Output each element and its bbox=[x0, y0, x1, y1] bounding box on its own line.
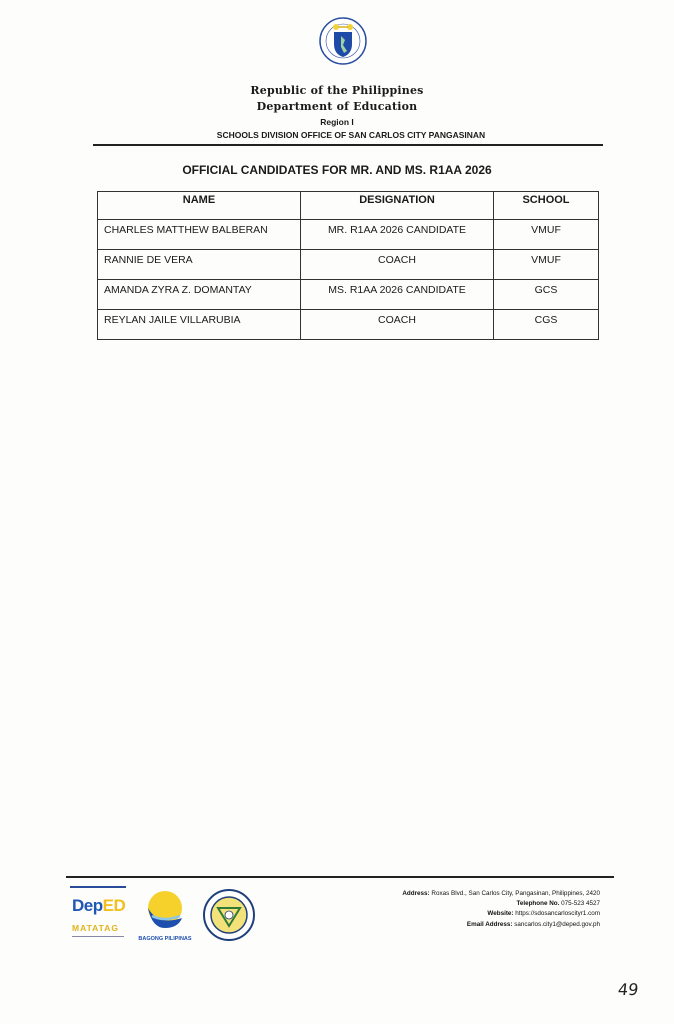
cell-school: VMUF bbox=[494, 220, 599, 250]
sdo-san-carlos-seal-icon bbox=[202, 888, 256, 942]
document-title: OFFICIAL CANDIDATES FOR MR. AND MS. R1AA… bbox=[0, 163, 674, 177]
bagong-pilipinas-logo-icon: BAGONG PILIPINAS bbox=[138, 886, 192, 944]
cell-school: VMUF bbox=[494, 250, 599, 280]
header-department: Department of Education bbox=[0, 100, 674, 113]
deped-matatag-logo: DepED MATATAG bbox=[68, 886, 128, 944]
cell-designation: COACH bbox=[301, 310, 494, 340]
table-row: CHARLES MATTHEW BALBERAN MR. R1AA 2026 C… bbox=[98, 220, 599, 250]
column-header-designation: DESIGNATION bbox=[301, 192, 494, 220]
column-header-school: SCHOOL bbox=[494, 192, 599, 220]
deped-logo-text-b: ED bbox=[103, 896, 126, 915]
address-line: Address: Roxas Blvd., San Carlos City, P… bbox=[402, 889, 600, 899]
table-header-row: NAME DESIGNATION SCHOOL bbox=[98, 192, 599, 220]
column-header-name: NAME bbox=[98, 192, 301, 220]
candidates-table: NAME DESIGNATION SCHOOL CHARLES MATTHEW … bbox=[97, 191, 599, 340]
email-line: Email Address: sancarlos.city1@deped.gov… bbox=[402, 920, 600, 930]
cell-designation: MS. R1AA 2026 CANDIDATE bbox=[301, 280, 494, 310]
deped-logo-text-a: Dep bbox=[72, 896, 103, 915]
svg-text:BAGONG PILIPINAS: BAGONG PILIPINAS bbox=[138, 936, 192, 942]
cell-name: RANNIE DE VERA bbox=[98, 250, 301, 280]
table-row: RANNIE DE VERA COACH VMUF bbox=[98, 250, 599, 280]
footer-divider bbox=[66, 876, 614, 878]
header-region: Region I bbox=[0, 117, 674, 127]
cell-school: CGS bbox=[494, 310, 599, 340]
footer-contact: Address: Roxas Blvd., San Carlos City, P… bbox=[402, 889, 600, 930]
cell-designation: COACH bbox=[301, 250, 494, 280]
deped-seal-icon bbox=[318, 14, 368, 72]
cell-name: REYLAN JAILE VILLARUBIA bbox=[98, 310, 301, 340]
cell-school: GCS bbox=[494, 280, 599, 310]
handwritten-page-number: 49 bbox=[617, 980, 639, 999]
table-row: AMANDA ZYRA Z. DOMANTAY MS. R1AA 2026 CA… bbox=[98, 280, 599, 310]
header-divider bbox=[93, 144, 603, 146]
cell-name: CHARLES MATTHEW BALBERAN bbox=[98, 220, 301, 250]
website-line: Website: https://sdosancarloscityr1.com bbox=[402, 909, 600, 919]
table-row: REYLAN JAILE VILLARUBIA COACH CGS bbox=[98, 310, 599, 340]
cell-name: AMANDA ZYRA Z. DOMANTAY bbox=[98, 280, 301, 310]
header-division: SCHOOLS DIVISION OFFICE OF SAN CARLOS CI… bbox=[0, 130, 674, 140]
cell-designation: MR. R1AA 2026 CANDIDATE bbox=[301, 220, 494, 250]
header-republic: Republic of the Philippines bbox=[0, 84, 674, 97]
telephone-line: Telephone No. 075-523 4527 bbox=[402, 899, 600, 909]
matatag-text: MATATAG bbox=[72, 923, 119, 933]
footer-logos: DepED MATATAG BAGONG PILIPINAS bbox=[68, 886, 256, 944]
